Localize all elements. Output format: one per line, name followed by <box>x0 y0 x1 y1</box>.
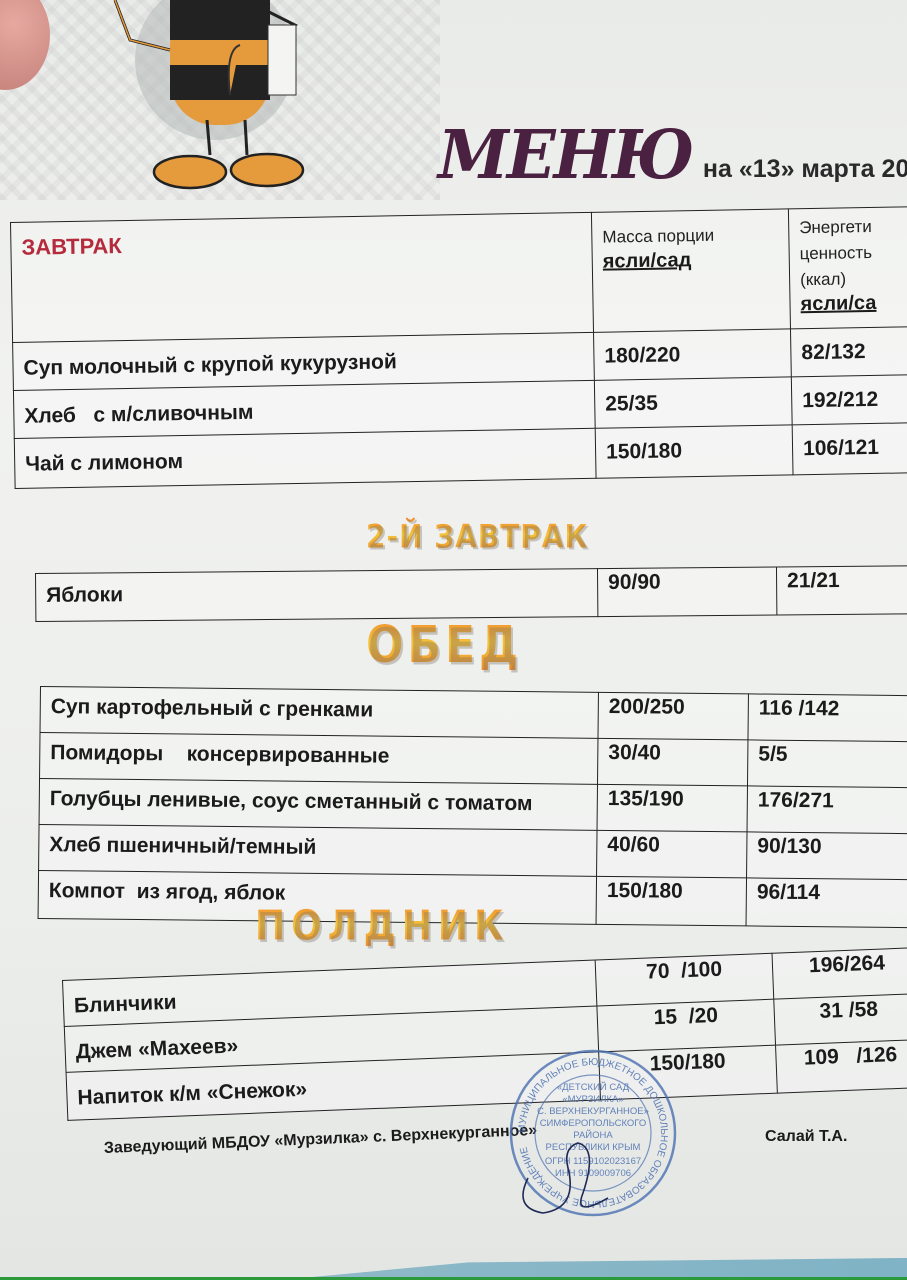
snack-table: Блинчики 70 /100 196/264 Джем «Махеев» 1… <box>62 947 907 1121</box>
lunch-heading: ОБЕД <box>366 616 522 675</box>
dish-kcal: 21/21 <box>777 566 907 593</box>
menu-date: на «13» марта 202 <box>703 155 907 184</box>
dish-name: Чай с лимоном <box>15 429 596 477</box>
section-label-breakfast: ЗАВТРАК <box>11 213 592 261</box>
table-row: Яблоки 90/90 21/21 <box>36 566 907 622</box>
dish-mass: 180/220 <box>594 329 791 368</box>
svg-text:СИМФЕРОПОЛЬСКОГО: СИМФЕРОПОЛЬСКОГО <box>540 1118 647 1129</box>
dish-kcal: 116 /142 <box>749 694 907 722</box>
title-main: МЕНЮ <box>438 116 692 195</box>
dish-name: Суп молочный с крупой кукурузной <box>13 333 594 381</box>
dish-kcal: 90/130 <box>747 832 907 860</box>
svg-text:«МУРЗИЛКА»: «МУРЗИЛКА» <box>562 1094 623 1105</box>
dish-mass: 150/180 <box>597 877 746 905</box>
bee-mascot-illustration <box>110 0 340 200</box>
energy-header-3: (ккал) <box>800 265 907 293</box>
breakfast-table: ЗАВТРАК Масса порции ясли/сад Энергети ц… <box>10 206 907 489</box>
mass-header: Масса порции <box>602 222 778 251</box>
svg-text:ОГРН 1159102023167: ОГРН 1159102023167 <box>545 1156 641 1167</box>
dish-mass: 25/35 <box>595 377 792 416</box>
svg-text:РАЙОНА: РАЙОНА <box>573 1129 613 1141</box>
svg-text:РЕСПУБЛИКИ КРЫМ: РЕСПУБЛИКИ КРЫМ <box>546 1142 641 1153</box>
dish-kcal: 192/212 <box>792 375 907 413</box>
svg-text:ИНН 9109009706: ИНН 9109009706 <box>555 1168 631 1179</box>
dish-mass: 135/190 <box>598 785 747 813</box>
dish-mass: 15 /20 <box>597 1000 774 1033</box>
energy-units-header: ясли/са <box>800 291 907 316</box>
dish-mass: 40/60 <box>597 831 746 859</box>
dish-kcal: 5/5 <box>748 740 907 768</box>
energy-header-2: ценность <box>799 239 907 267</box>
svg-text:С. ВЕРХНЕКУРГАННОЕ»: С. ВЕРХНЕКУРГАННОЕ» <box>537 1106 649 1117</box>
table-header-row: ЗАВТРАК Масса порции ясли/сад Энергети ц… <box>11 207 907 343</box>
signer-title: Заведующий МБДОУ «Мурзилка» с. Верхнекур… <box>104 1122 538 1158</box>
dish-kcal: 82/132 <box>791 327 907 365</box>
dish-kcal: 196/264 <box>773 948 907 980</box>
dish-name: Голубцы ленивые, соус сметанный с томато… <box>40 779 597 817</box>
second-breakfast-heading: 2-Й ЗАВТРАК <box>366 518 588 556</box>
official-stamp: МУНИЦИПАЛЬНОЕ БЮДЖЕТНОЕ ДОШКОЛЬНОЕ ОБРАЗ… <box>508 1048 678 1218</box>
dish-mass: 150/180 <box>596 425 793 464</box>
signer-name: Салай Т.А. <box>765 1128 847 1146</box>
mass-units-header: ясли/сад <box>603 248 779 274</box>
svg-text:«ДЕТСКИЙ САД: «ДЕТСКИЙ САД <box>557 1081 630 1093</box>
second-breakfast-table: Яблоки 90/90 21/21 <box>35 565 907 622</box>
lunch-table: Суп картофельный с гренками 200/250 116 … <box>38 686 907 928</box>
dish-kcal: 31 /58 <box>774 994 907 1026</box>
dish-mass: 200/250 <box>599 693 748 721</box>
dish-name: Яблоки <box>36 569 597 608</box>
dish-kcal: 109 /126 <box>776 1040 907 1072</box>
dish-name: Хлеб пшеничный/темный <box>39 825 596 863</box>
dish-kcal: 96/114 <box>747 878 907 906</box>
dish-mass: 70 /100 <box>596 954 773 987</box>
energy-header-1: Энергети <box>799 213 907 241</box>
dish-mass: 30/40 <box>598 739 747 767</box>
dish-name: Помидоры консервированные <box>40 733 597 771</box>
snack-heading: ПОЛДНИК <box>255 903 509 950</box>
dish-kcal: 176/271 <box>748 786 907 814</box>
menu-title: МЕНЮ на «13» марта 202 <box>438 118 907 193</box>
dish-mass: 90/90 <box>598 568 776 596</box>
dish-kcal: 106/121 <box>793 423 907 461</box>
dish-name: Хлеб с м/сливочным <box>14 381 595 429</box>
dish-name: Суп картофельный с гренками <box>41 687 598 725</box>
